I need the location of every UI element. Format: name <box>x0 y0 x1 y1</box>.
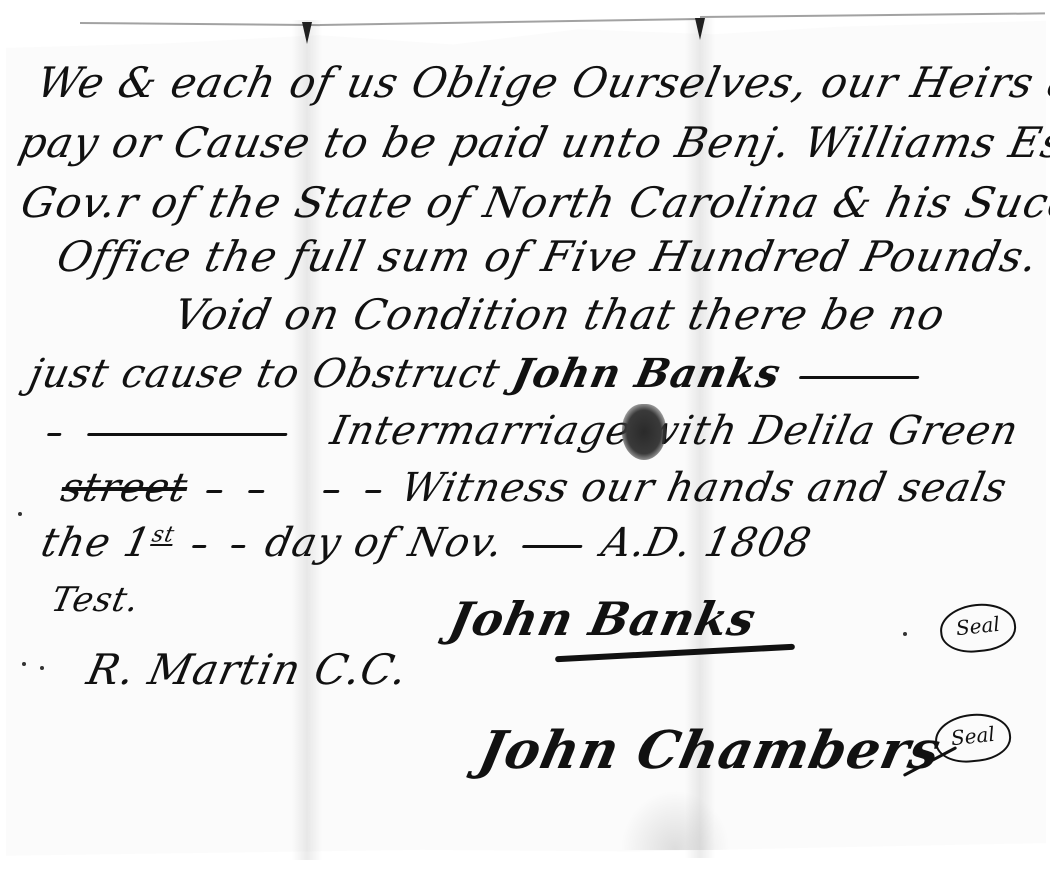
ink-speck <box>18 512 22 516</box>
dash-rule <box>248 490 265 493</box>
top-edge <box>320 18 700 26</box>
intermarriage-line: Intermarriage with Delila Green <box>37 408 1023 454</box>
clerk-signature: R. Martin C.C. <box>83 645 413 694</box>
obstruct-line: just cause to Obstruct John Banks <box>25 350 931 397</box>
bond-line-2: pay or Cause to be paid unto Benj. Willi… <box>15 118 1050 167</box>
intermarriage-text: Intermarriage with Delila Green <box>327 408 1023 454</box>
paper-stain <box>620 790 730 850</box>
ink-speck <box>903 632 907 636</box>
date-suffix: st <box>150 523 177 548</box>
date-day: the 1 <box>37 520 155 566</box>
condition-line: Void on Condition that there be no <box>170 290 950 339</box>
ink-blot <box>622 404 666 460</box>
dash-rule <box>206 490 223 493</box>
signature-john-banks: John Banks <box>444 592 761 646</box>
groom-name: John Banks <box>508 350 785 397</box>
top-edge <box>700 12 1045 18</box>
dash-rule <box>323 490 340 493</box>
ink-speck <box>40 666 44 670</box>
bond-line-1: We & each of us Oblige Ourselves, our He… <box>33 58 1050 107</box>
date-year: A.D. 1808 <box>598 520 816 566</box>
dash-rule <box>522 545 583 548</box>
date-line: the 1st day of Nov. A.D. 1808 <box>37 520 816 566</box>
dash-rule <box>231 545 246 548</box>
dash-rule <box>799 376 920 379</box>
signature-john-chambers: John Chambers <box>474 720 947 781</box>
date-month: day of Nov. <box>261 520 508 566</box>
street-text: street <box>57 465 192 511</box>
obstruct-text: just cause to Obstruct <box>25 351 504 397</box>
dash-rule <box>365 490 382 493</box>
dash-rule <box>87 433 288 436</box>
bond-line-3: Gov.r of the State of North Carolina & h… <box>17 178 1050 227</box>
teste-label: Test. <box>48 580 144 620</box>
ink-speck <box>22 662 26 666</box>
witness-line: street Witness our hands and seals <box>57 465 1011 511</box>
witness-text: Witness our hands and seals <box>397 465 1011 511</box>
bond-line-4: Office the full sum of Five Hundred Poun… <box>53 232 1043 281</box>
dash-rule <box>47 433 62 436</box>
document-page: We & each of us Oblige Ourselves, our He… <box>0 0 1050 874</box>
top-edge <box>80 22 320 26</box>
dash-rule <box>192 545 207 548</box>
